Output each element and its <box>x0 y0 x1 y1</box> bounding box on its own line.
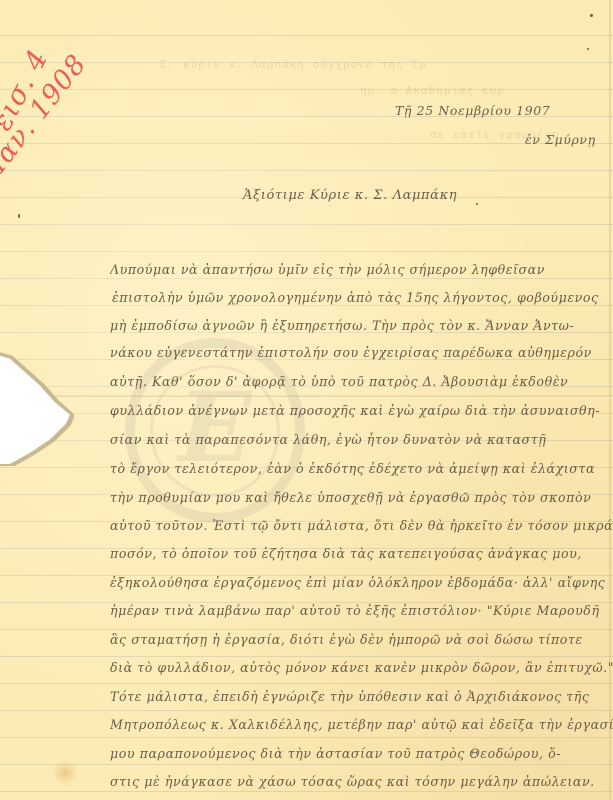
letter-body-line: αὐτοῦ τοῦτον. Ἐστὶ τῷ ὄντι μάλιστα, ὅτι … <box>110 518 613 533</box>
bleed-through-text: Σ. κύριε κ. Λαμπάκη σύγχρονο της Σμ <box>160 58 427 71</box>
bleed-through-text: ημ. ο Ακαδημίας ευρ <box>360 84 505 97</box>
ink-speck <box>587 48 589 50</box>
letter-body-line: ἡμέραν τινὰ λαμβάνω παρ' αὐτοῦ τὸ ἑξῆς ἐ… <box>110 603 613 618</box>
letter-paper <box>0 0 613 800</box>
letter-date: Τῇ 25 Νοεμβρίου 1907 <box>395 103 550 118</box>
letter-body-line: αὐτῇ. Καθ' ὅσον δ' ἀφορᾷ τὸ ὑπὸ τοῦ πατρ… <box>110 374 613 389</box>
letter-body-line: φυλλάδιον ἀνέγνων μετὰ προσοχῆς καὶ ἐγὼ … <box>110 403 613 418</box>
letter-body-line: τὸ ἔργον τελειότερον, ἐὰν ὁ ἐκδότης ἐδέχ… <box>110 461 613 476</box>
letter-salutation: Ἀξιότιμε Κύριε κ. Σ. Λαμπάκη <box>243 188 457 203</box>
letter-body-line: τὴν προθυμίαν μου καὶ ἤθελε ὑποσχεθῇ νὰ … <box>110 490 613 505</box>
letter-body-line: Τότε μάλιστα, ἐπειδὴ ἐγνώριζε τὴν ὑπόθεσ… <box>110 689 613 704</box>
letter-place: ἐν Σμύρνῃ <box>525 132 596 147</box>
ink-speck <box>590 14 593 17</box>
stain-spot <box>52 760 78 786</box>
right-edge-crease <box>609 0 611 800</box>
letter-body-line: διὰ τὸ φυλλάδιον, αὐτὸς μόνον κάνει κανὲ… <box>110 660 613 675</box>
ink-speck <box>18 214 20 218</box>
ink-speck <box>476 203 478 205</box>
letter-body-line: ποσόν, τὸ ὁποῖον τοῦ ἐζήτησα διὰ τὰς κατ… <box>110 546 613 561</box>
horizontal-fold-crease <box>0 395 613 399</box>
letter-body-line: Μητροπόλεως κ. Χαλκιδέλλης, μετέβην παρ'… <box>110 717 613 732</box>
letter-body-line: μου παραπονούμενος διὰ τὴν ἀστασίαν τοῦ … <box>110 746 613 761</box>
letter-body-line: ἐξηκολούθησα ἐργαζόμενος ἐπὶ μίαν ὁλόκλη… <box>110 575 613 590</box>
letter-body-line: ἂς σταματήσῃ ἡ ἐργασία, διότι ἐγὼ δὲν ἠμ… <box>110 632 613 647</box>
letter-body-line: μὴ ἐμποδίσω ἀγνοῶν ἢ ἐξυπηρετήσω. Τὴν πρ… <box>110 318 613 333</box>
letter-body-line: νάκου εὐγενεστάτην ἐπιστολήν σου ἐγχειρί… <box>110 345 613 360</box>
letter-body-line: ἐπιστολὴν ὑμῶν χρονολογημένην ἀπὸ τὰς 15… <box>112 290 613 305</box>
letter-body-line: στις μὲ ἠνάγκασε νὰ χάσω τόσας ὥρας καὶ … <box>110 774 613 789</box>
letter-body-line: σίαν καὶ τὰ παραπεσόντα λάθη, ἐγὼ ἦτον δ… <box>110 432 613 447</box>
letter-body-line: Λυπούμαι νὰ ἀπαντήσω ὑμῖν εἰς τὴν μόλις … <box>110 262 613 277</box>
